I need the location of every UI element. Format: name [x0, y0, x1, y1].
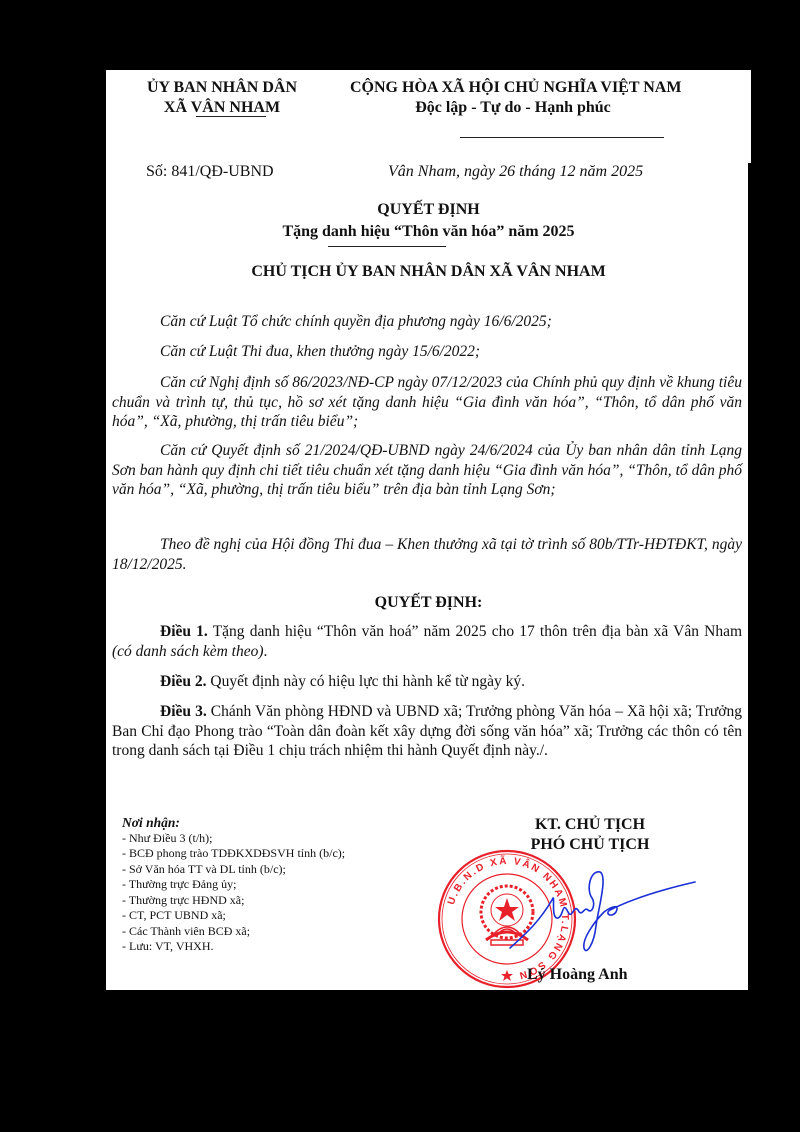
article-2: Điều 2. Quyết định này có hiệu lực thi h… [112, 672, 742, 692]
document-number: Số: 841/QĐ-UBND [146, 163, 274, 181]
decision-heading: QUYẾT ĐỊNH: [106, 594, 751, 612]
article-1-label: Điều 1. [160, 623, 208, 640]
article-1-tail: . [264, 643, 268, 660]
signature-title-line-1: KT. CHỦ TỊCH [510, 815, 670, 835]
signer-name: Lý Hoàng Anh [527, 966, 627, 984]
recipient-item: - Sở Văn hóa TT và DL tỉnh (b/c); [122, 862, 345, 878]
document-subject: Tặng danh hiệu “Thôn văn hóa” năm 2025 [106, 223, 751, 241]
article-3-label: Điều 3. [160, 703, 207, 720]
recipients-title: Nơi nhận: [122, 815, 345, 831]
page-edge [748, 163, 752, 990]
recipient-item: - Như Điều 3 (t/h); [122, 831, 345, 847]
proposal-basis: Theo đề nghị của Hội đồng Thi đua – Khen… [112, 535, 742, 574]
issuing-agency: ỦY BAN NHÂN DÂN XÃ VÂN NHAM [106, 78, 338, 118]
document-type: QUYẾT ĐỊNH [106, 201, 751, 219]
recipient-item: - Thường trực HĐND xã; [122, 893, 345, 909]
article-1: Điều 1. Tặng danh hiệu “Thôn văn hoá” nă… [112, 622, 742, 661]
legal-basis-4: Căn cứ Quyết định số 21/2024/QĐ-UBND ngà… [112, 441, 742, 500]
article-1-text: Tặng danh hiệu “Thôn văn hoá” năm 2025 c… [208, 623, 742, 640]
recipient-item: - CT, PCT UBND xã; [122, 908, 345, 924]
recipient-item: - Lưu: VT, VHXH. [122, 939, 345, 955]
subject-underline [328, 246, 446, 247]
issuing-authority: CHỦ TỊCH ỦY BAN NHÂN DÂN XÃ VÂN NHAM [106, 263, 751, 281]
legal-basis-2: Căn cứ Luật Thi đua, khen thưởng ngày 15… [112, 342, 742, 362]
legal-basis-3: Căn cứ Nghị định số 86/2023/NĐ-CP ngày 0… [112, 373, 742, 432]
national-title: CỘNG HÒA XÃ HỘI CHỦ NGHĨA VIỆT NAM Độc l… [350, 78, 676, 118]
article-2-label: Điều 2. [160, 673, 207, 690]
article-2-text: Quyết định này có hiệu lực thi hành kể t… [207, 673, 526, 690]
recipient-item: - Các Thành viên BCĐ xã; [122, 924, 345, 940]
agency-line-2: XÃ VÂN NHAM [106, 98, 338, 118]
legal-basis-1: Căn cứ Luật Tổ chức chính quyền địa phươ… [112, 312, 742, 332]
place-date: Vân Nham, ngày 26 tháng 12 năm 2025 [388, 163, 643, 181]
article-1-note: (có danh sách kèm theo) [112, 643, 264, 660]
nation-line-1: CỘNG HÒA XÃ HỘI CHỦ NGHĨA VIỆT NAM [350, 78, 676, 98]
handwritten-signature-icon [500, 860, 700, 960]
agency-underline [196, 116, 266, 117]
article-3: Điều 3. Chánh Văn phòng HĐND và UBND xã;… [112, 702, 742, 761]
recipient-item: - Thường trực Đảng ủy; [122, 877, 345, 893]
recipient-item: - BCĐ phong trào TDĐKXDĐSVH tỉnh (b/c); [122, 846, 345, 862]
recipients-list: Nơi nhận: - Như Điều 3 (t/h); - BCĐ phon… [122, 815, 345, 955]
agency-line-1: ỦY BAN NHÂN DÂN [106, 78, 338, 98]
motto-underline [460, 137, 664, 138]
nation-line-2: Độc lập - Tự do - Hạnh phúc [350, 98, 676, 118]
article-3-text: Chánh Văn phòng HĐND và UBND xã; Trưởng … [112, 703, 742, 759]
